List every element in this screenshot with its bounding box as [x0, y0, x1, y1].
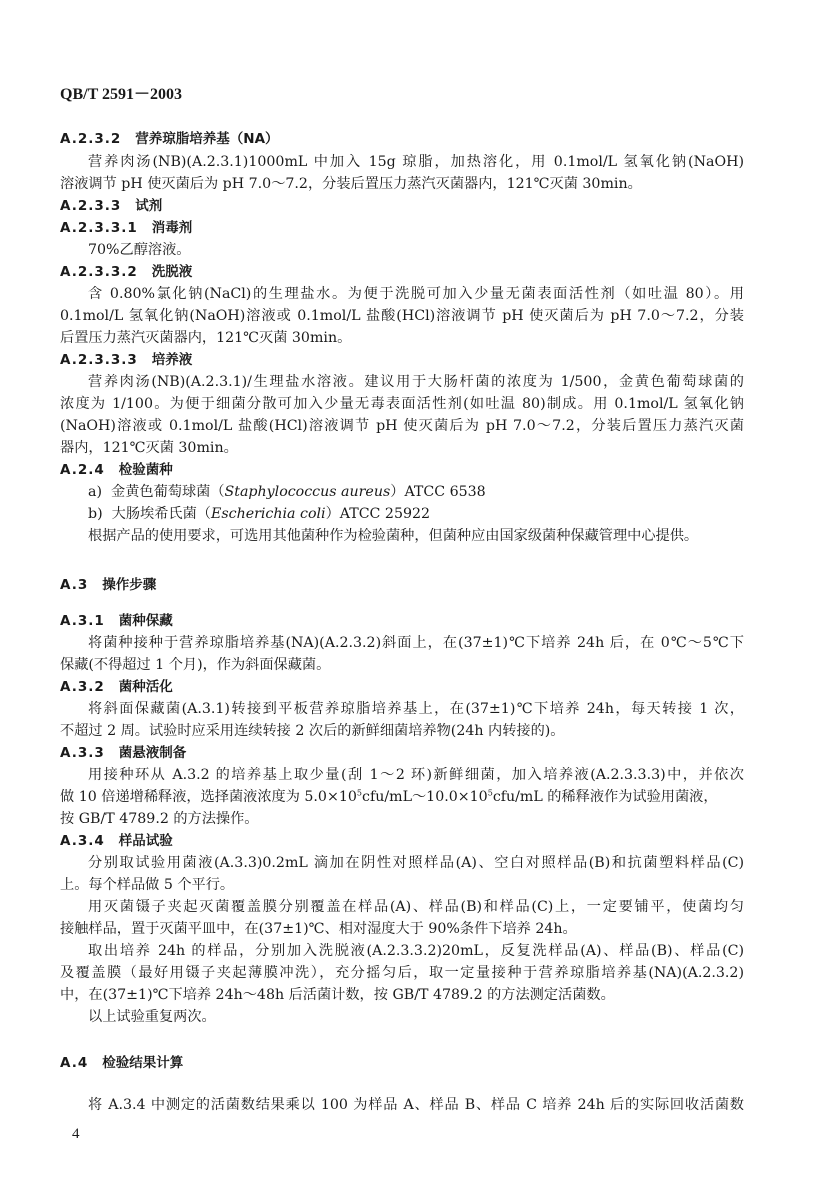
section-number: A.3 — [60, 574, 88, 596]
section-title: 试剂 — [135, 198, 162, 214]
paragraph-line: 营养肉汤(NB)(A.2.3.1)/生理盐水溶液。建议用于大肠杆菌的浓度为 1/… — [88, 371, 744, 393]
section-number: A.2.3.3.2 — [60, 261, 138, 283]
paragraph-line: 将菌种接种于营养琼脂培养基(NA)(A.2.3.2)斜面上，在(37±1)℃下培… — [88, 632, 744, 654]
section-heading-a33: A.3.3菌悬液制备 — [60, 742, 744, 764]
section-number: A.3.1 — [60, 610, 105, 632]
section-title: 菌种保藏 — [119, 613, 173, 629]
section-title: 营养琼脂培养基（NA） — [135, 131, 278, 147]
list-item-b: b) 大肠埃希氏菌（Escherichia coli）ATCC 25922 — [88, 503, 772, 525]
paragraph-line: 浓度为 1/100。为便于细菌分散可加入少量无毒表面活性剂(如吐温 80)制成。… — [60, 393, 744, 415]
section-heading-a232: A.2.3.2营养琼脂培养基（NA） — [60, 128, 744, 150]
organism-name-latin: Escherichia coli — [211, 506, 326, 522]
paragraph-line: 及覆盖膜（最好用镊子夹起薄膜冲洗），充分摇匀后，取一定量接种于营养琼脂培养基(N… — [60, 962, 744, 984]
section-number: A.3.4 — [60, 830, 105, 852]
paragraph-line: 不超过 2 周。试验时应采用连续转接 2 次后的新鲜细菌培养物(24h 内转接的… — [60, 720, 744, 742]
paragraph-line: 后置压力蒸汽灭菌器内，121℃灭菌 30min。 — [60, 327, 744, 349]
paragraph-line: 0.1mol/L 氢氧化钠(NaOH)溶液或 0.1mol/L 盐酸(HCl)溶… — [60, 305, 744, 327]
section-title: 洗脱液 — [152, 264, 193, 280]
section-title: 操作步骤 — [102, 577, 156, 593]
text-segment: 做 10 倍递增稀释液，选择菌液浓度为 5.0×10 — [60, 789, 357, 805]
text-segment: cfu/mL～10.0×10 — [362, 789, 488, 805]
paragraph-line: 取出培养 24h 的样品，分别加入洗脱液(A.2.3.3.2)20mL，反复洗样… — [88, 940, 744, 962]
paragraph-line: 用接种环从 A.3.2 的培养基上取少量(刮 1～2 环)新鲜细菌，加入培养液(… — [88, 764, 744, 786]
section-number: A.2.3.3.1 — [60, 217, 138, 239]
section-number: A.3.2 — [60, 676, 105, 698]
section-title: 菌悬液制备 — [119, 745, 187, 761]
paragraph-line: 含 0.80%氯化钠(NaCl)的生理盐水。为便于洗脱可加入少量无菌表面活性剂（… — [88, 283, 744, 305]
section-number: A.2.4 — [60, 459, 105, 481]
paragraph-line: 分别取试验用菌液(A.3.3)0.2mL 滴加在阴性对照样品(A)、空白对照样品… — [88, 852, 744, 874]
list-item-a: a) 金黄色葡萄球菌（Staphylococcus aureus）ATCC 65… — [88, 481, 772, 503]
section-title: 检验菌种 — [119, 462, 173, 478]
paragraph-line: 按 GB/T 4789.2 的方法操作。 — [60, 808, 744, 830]
section-title: 菌种活化 — [119, 679, 173, 695]
section-heading-a24: A.2.4检验菌种 — [60, 459, 744, 481]
list-marker: a) — [88, 484, 102, 500]
page-number: 4 — [72, 1126, 80, 1143]
section-number: A.2.3.2 — [60, 128, 121, 150]
paragraph-line: 保藏(不得超过 1 个月)，作为斜面保藏菌。 — [60, 654, 744, 676]
section-title: 样品试验 — [119, 833, 173, 849]
paragraph-line-concentration: 做 10 倍递增稀释液，选择菌液浓度为 5.0×105cfu/mL～10.0×1… — [60, 786, 744, 808]
text-segment: cfu/mL 的稀释液作为试验用菌液， — [493, 789, 718, 805]
section-heading-a32: A.3.2菌种活化 — [60, 676, 744, 698]
paragraph-line: 将 A.3.4 中测定的活菌数结果乘以 100 为样品 A、样品 B、样品 C … — [88, 1094, 744, 1116]
section-heading-a31: A.3.1菌种保藏 — [60, 610, 744, 632]
paragraph-line: 将斜面保藏菌(A.3.1)转接到平板营养琼脂培养基上，在(37±1)℃下培养 2… — [88, 698, 744, 720]
paragraph-line: 营养肉汤(NB)(A.2.3.1)1000mL 中加入 15g 琼脂，加热溶化，… — [88, 151, 744, 173]
document-id-header: QB/T 2591－2003 — [60, 84, 744, 106]
section-heading-a2331: A.2.3.3.1消毒剂 — [60, 217, 744, 239]
paragraph-line: 中，在(37±1)℃下培养 24h～48h 后活菌计数，按 GB/T 4789.… — [60, 984, 744, 1006]
section-number: A.3.3 — [60, 742, 105, 764]
section-heading-a4: A.4检验结果计算 — [60, 1052, 744, 1074]
list-marker: b) — [88, 506, 103, 522]
paragraph-line: 用灭菌镊子夹起灭菌覆盖膜分别覆盖在样品(A)、样品(B)和样品(C)上，一定要铺… — [88, 896, 744, 918]
section-heading-a34: A.3.4样品试验 — [60, 830, 744, 852]
organism-name-latin: Staphylococcus aureus — [225, 484, 391, 500]
paragraph-line: 溶液调节 pH 使灭菌后为 pH 7.0～7.2，分装后置压力蒸汽灭菌器内，12… — [60, 173, 744, 195]
paragraph-line: 根据产品的使用要求，可选用其他菌种作为检验菌种，但菌种应由国家级菌种保藏管理中心… — [88, 525, 744, 547]
section-heading-a3: A.3操作步骤 — [60, 574, 744, 596]
organism-name-cn: 金黄色葡萄球菌（ — [111, 484, 225, 500]
paragraph-line: (NaOH)溶液或 0.1mol/L 盐酸(HCl)溶液调节 pH 使灭菌后为 … — [60, 415, 744, 437]
section-number: A.2.3.3 — [60, 195, 121, 217]
section-heading-a2333: A.2.3.3.3培养液 — [60, 349, 744, 371]
section-number: A.4 — [60, 1052, 88, 1074]
paragraph-line: 上。每个样品做 5 个平行。 — [60, 874, 744, 896]
section-number: A.2.3.3.3 — [60, 349, 138, 371]
section-heading-a2332: A.2.3.3.2洗脱液 — [60, 261, 744, 283]
strain-id: ）ATCC 25922 — [326, 506, 430, 522]
section-title: 消毒剂 — [152, 220, 193, 236]
document-page: QB/T 2591－2003 A.2.3.2营养琼脂培养基（NA） 营养肉汤(N… — [0, 0, 829, 1200]
section-title: 培养液 — [152, 352, 193, 368]
section-heading-a233: A.2.3.3试剂 — [60, 195, 744, 217]
paragraph-line: 70%乙醇溶液。 — [88, 239, 744, 261]
section-title: 检验结果计算 — [102, 1055, 183, 1071]
paragraph-line: 以上试验重复两次。 — [88, 1006, 744, 1028]
organism-name-cn: 大肠埃希氏菌（ — [112, 506, 211, 522]
paragraph-line: 接触样品，置于灭菌平皿中，在(37±1)℃、相对湿度大于 90%条件下培养 24… — [60, 918, 744, 940]
strain-id: ）ATCC 6538 — [390, 484, 485, 500]
paragraph-line: 器内，121℃灭菌 30min。 — [60, 437, 744, 459]
